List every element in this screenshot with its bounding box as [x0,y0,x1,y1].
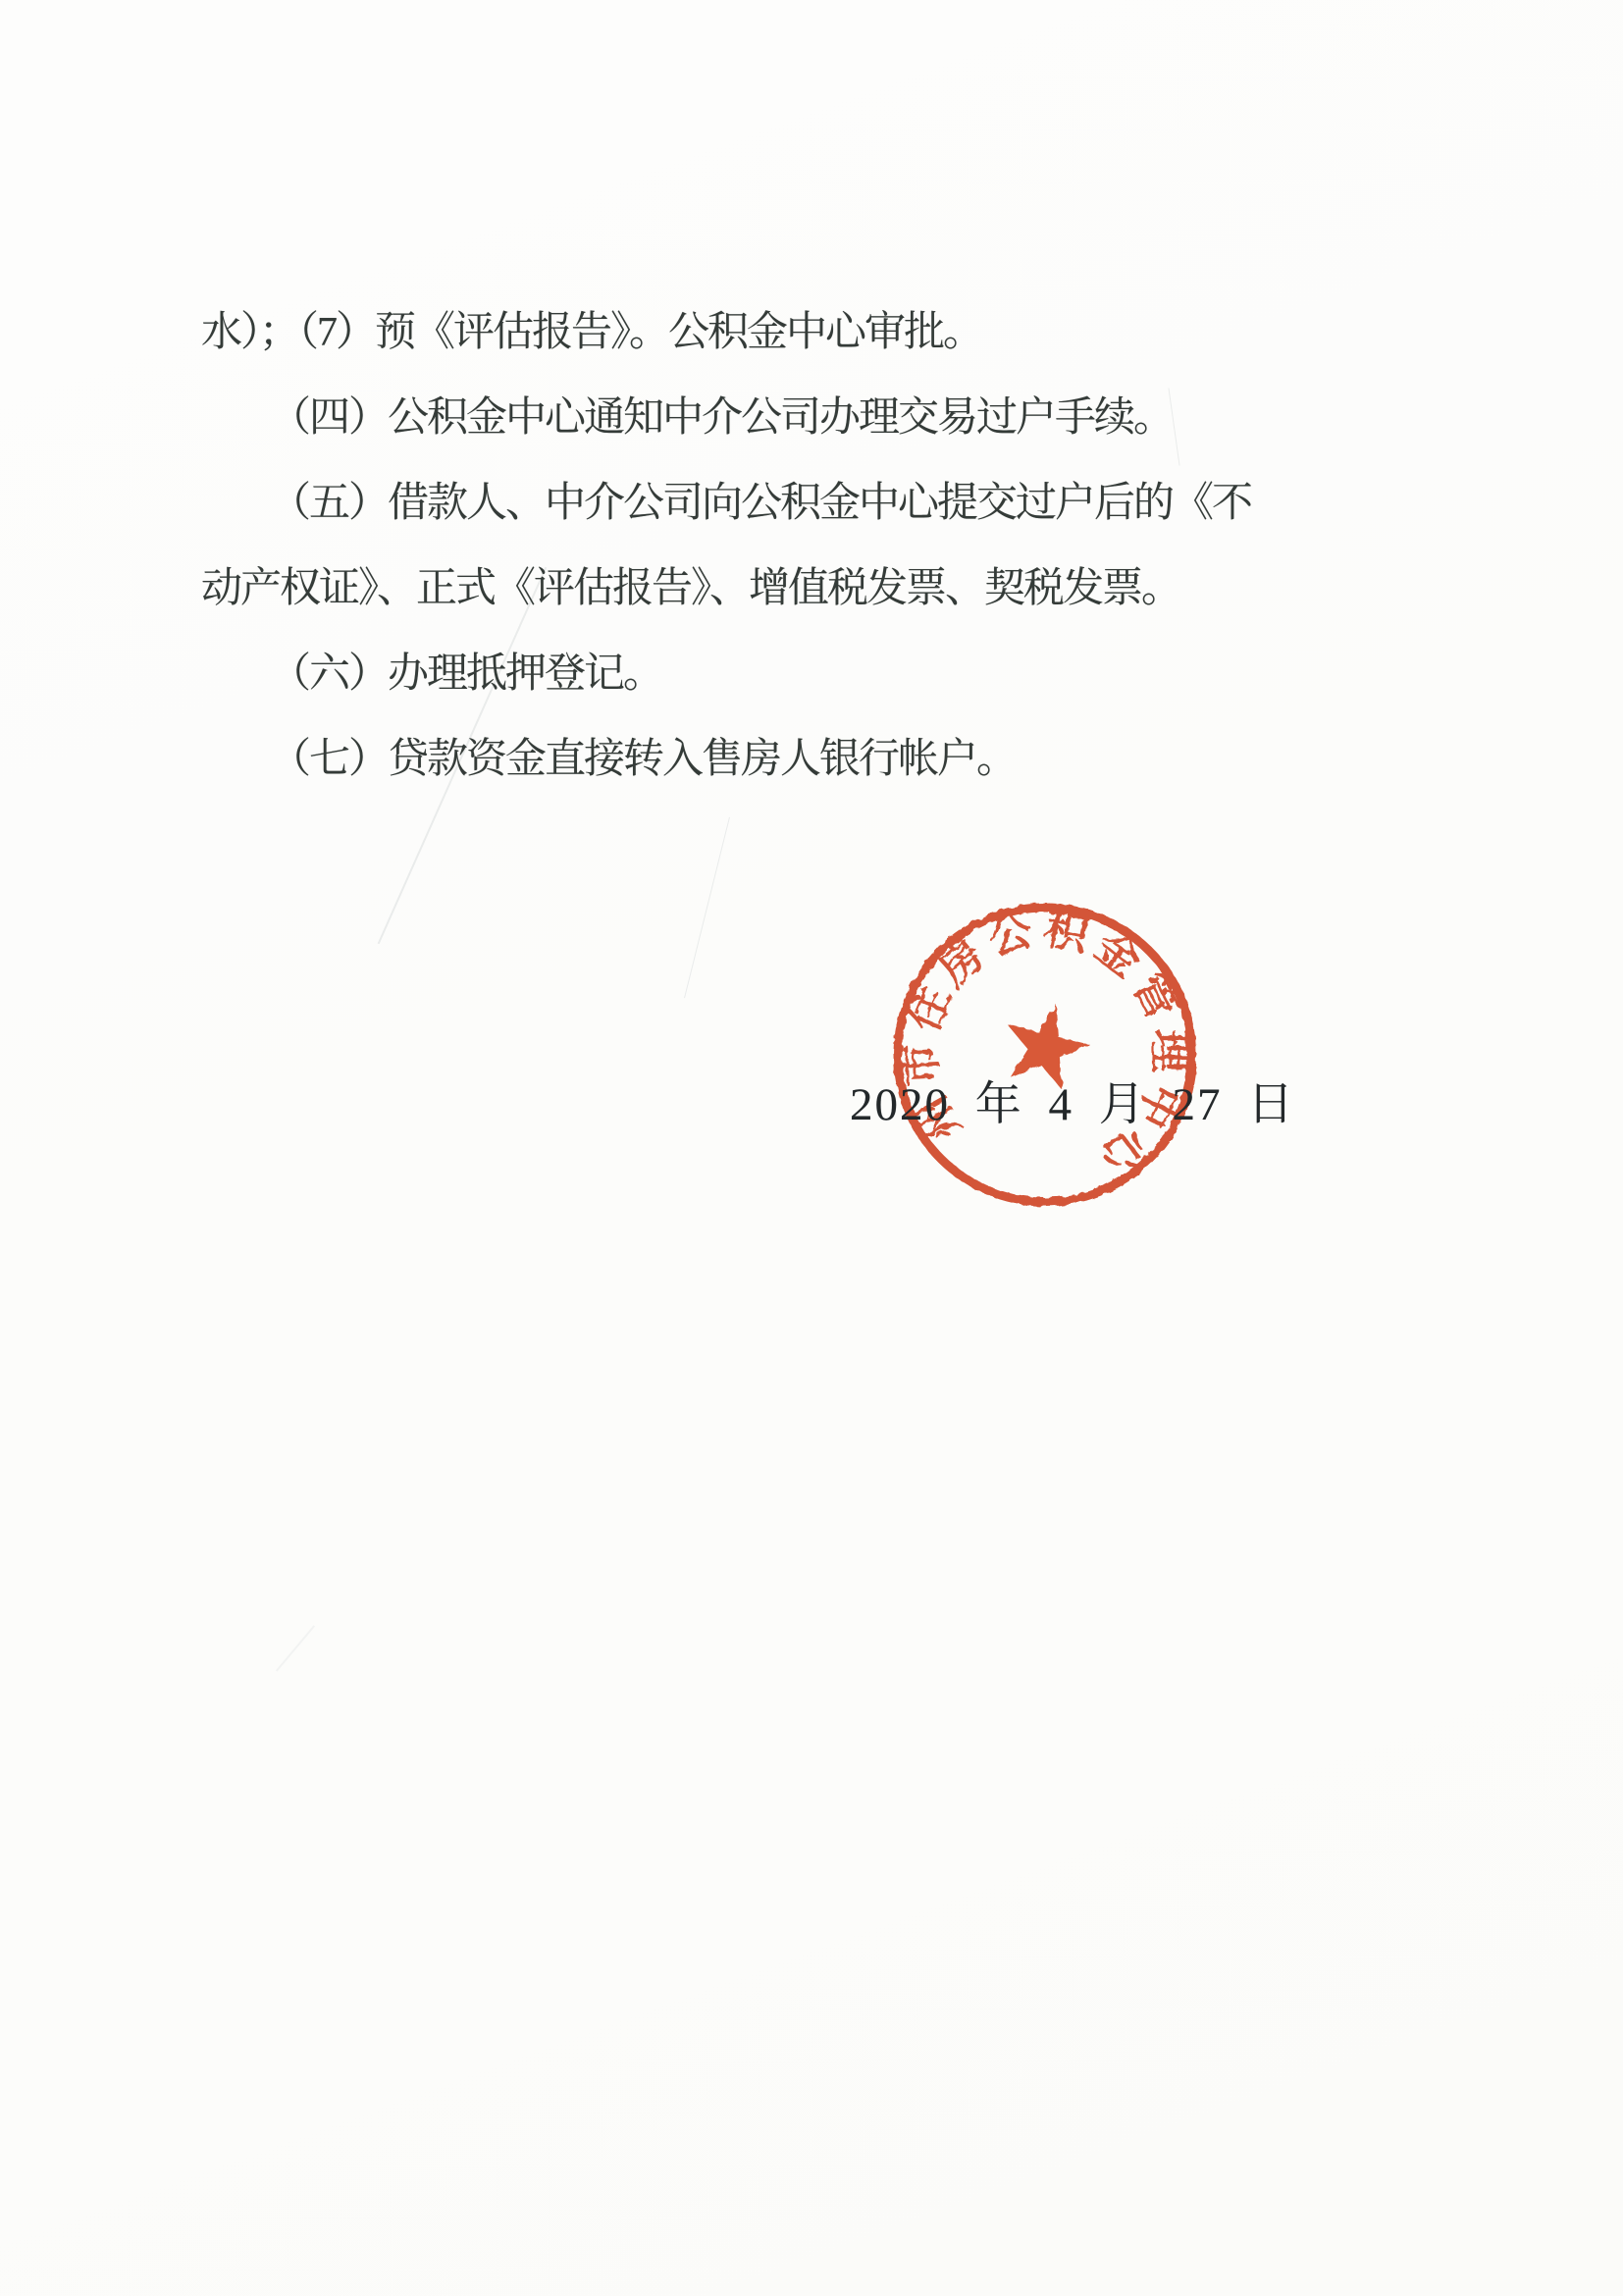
body-text-line: 水）；（7）预《评估报告》。公积金中心审批。 [201,290,1447,376]
body-text-line: （五）借款人、中介公司向公积金中心提交过户后的《不 [201,461,1447,547]
body-text-line: （七）贷款资金直接转入售房人银行帐户。 [201,717,1447,803]
body-text-line: （四）公积金中心通知中介公司办理交易过户手续。 [201,376,1447,461]
scan-artifact [276,1625,315,1671]
body-text-block: 水）；（7）预《评估报告》。公积金中心审批。 （四）公积金中心通知中介公司办理交… [201,290,1447,803]
body-text-line: 动产权证》、正式《评估报告》、增值税发票、契税发票。 [201,547,1447,632]
date-text: 2020 年 4 月 27 日 [850,1068,1295,1133]
document-page: 水）；（7）预《评估报告》。公积金中心审批。 （四）公积金中心通知中介公司办理交… [0,0,1623,2296]
body-text-line: （六）办理抵押登记。 [201,632,1447,717]
scan-artifact [684,817,730,999]
official-seal: 州市住房公积金管理中心 [888,898,1202,1212]
